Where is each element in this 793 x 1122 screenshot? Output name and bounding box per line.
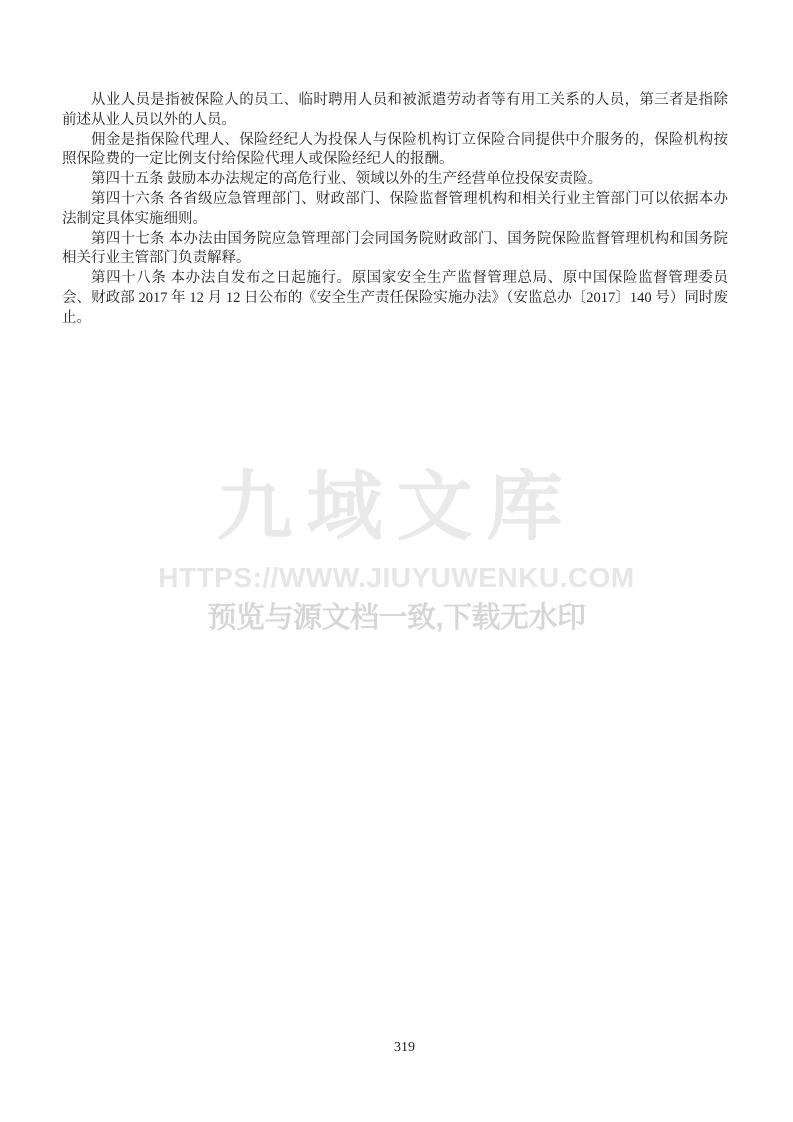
paragraph-article-47: 第四十七条 本办法由国务院应急管理部门会同国务院财政部门、国务院保险监督管理机构… (62, 230, 728, 270)
document-page: 从业人员是指被保险人的员工、临时聘用人员和被派遣劳动者等有用工关系的人员，第三者… (0, 0, 793, 1122)
watermark-brand-text: 九域文库 (0, 470, 793, 546)
paragraph-article-46: 第四十六条 各省级应急管理部门、财政部门、保险监督管理机构和相关行业主管部门可以… (62, 190, 728, 230)
paragraph-article-48: 第四十八条 本办法自发布之日起施行。原国家安全生产监督管理总局、原中国保险监督管… (62, 269, 728, 328)
paragraph-article-45: 第四十五条 鼓励本办法规定的高危行业、领域以外的生产经营单位投保安责险。 (62, 170, 728, 190)
paragraph-definition-congye: 从业人员是指被保险人的员工、临时聘用人员和被派遣劳动者等有用工关系的人员，第三者… (62, 91, 728, 131)
body-text: 从业人员是指被保险人的员工、临时聘用人员和被派遣劳动者等有用工关系的人员，第三者… (62, 91, 728, 329)
page-number: 319 (8, 1040, 793, 1056)
watermark-url-text: HTTPS://WWW.JIUYUWENKU.COM (0, 564, 793, 592)
watermark-tagline-text: 预览与源文档一致,下载无水印 (0, 604, 793, 633)
watermark: 九域文库 HTTPS://WWW.JIUYUWENKU.COM 预览与源文档一致… (0, 470, 793, 633)
paragraph-definition-yongjin: 佣金是指保险代理人、保险经纪人为投保人与保险机构订立保险合同提供中介服务的，保险… (62, 131, 728, 171)
